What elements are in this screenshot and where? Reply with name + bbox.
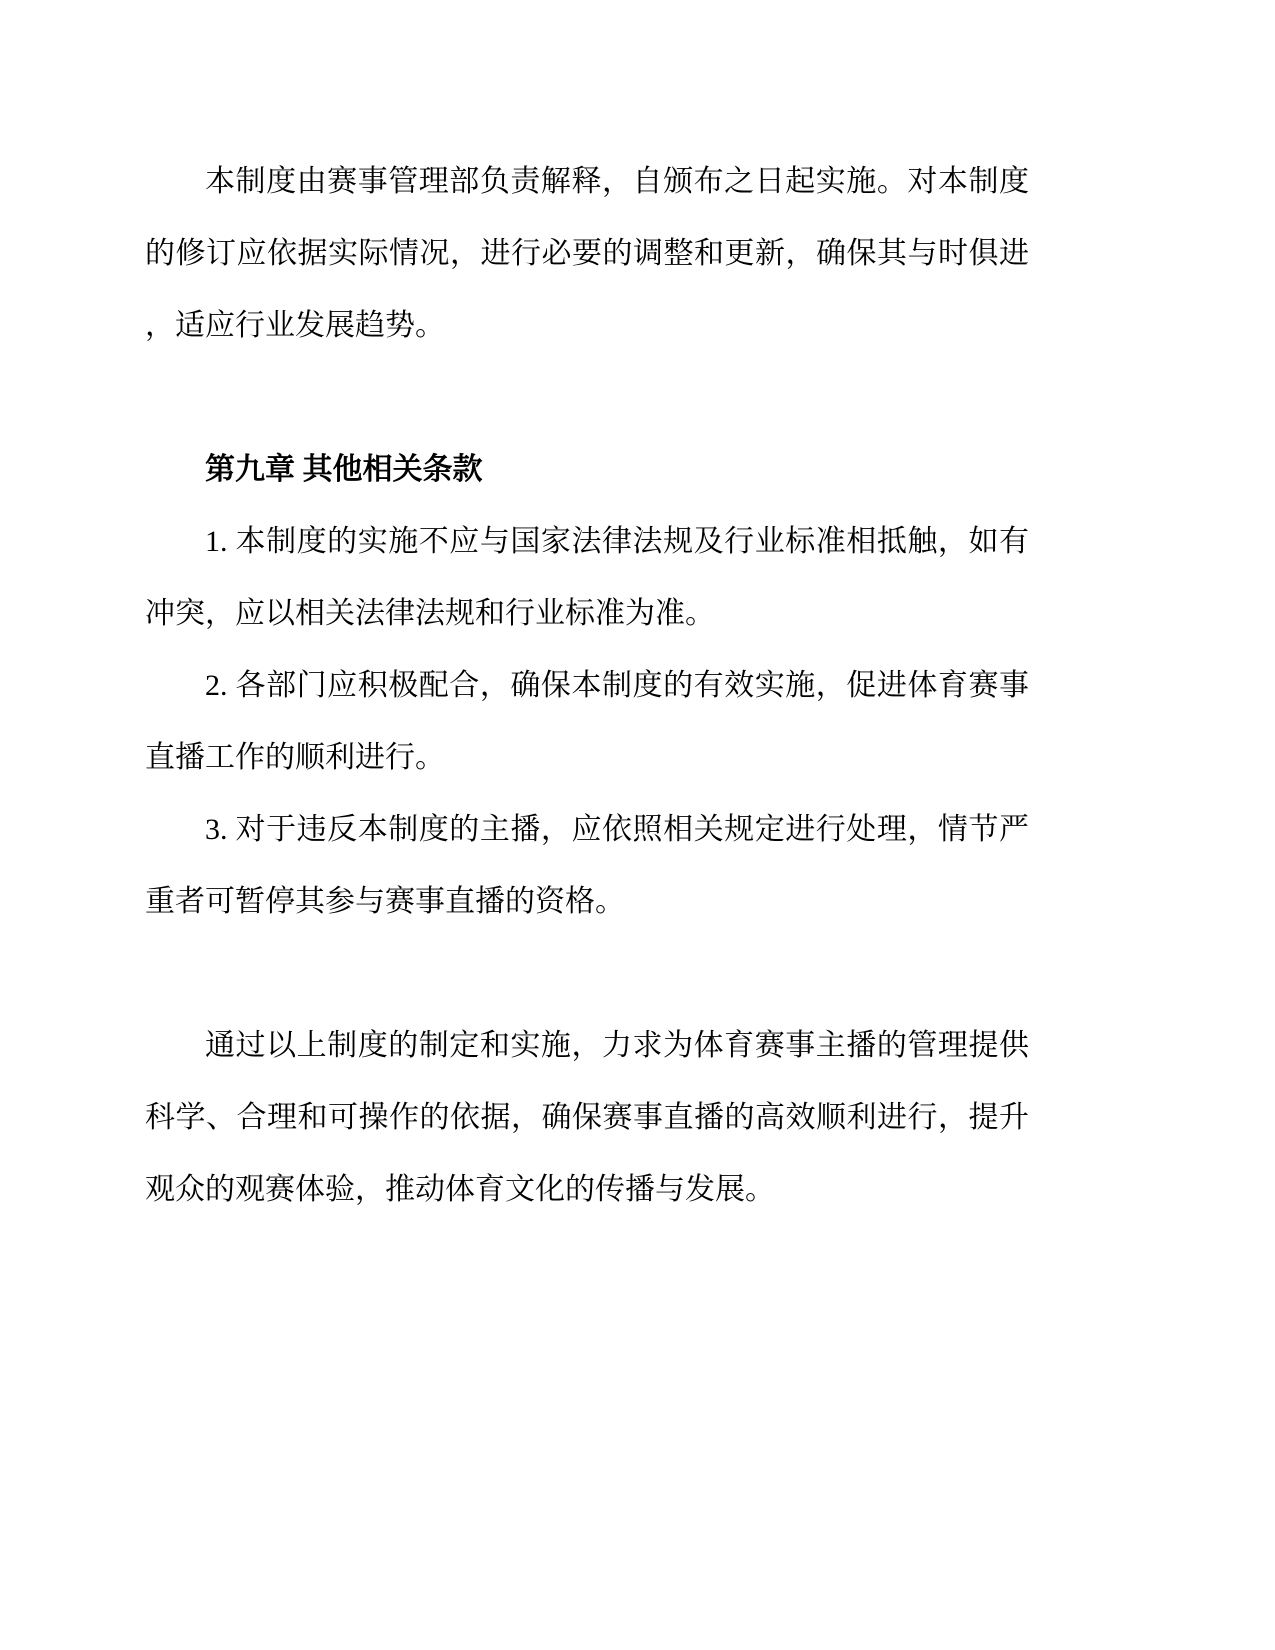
clause-3: 3. 对于违反本制度的主播，应依照相关规定进行处理，情节严重者可暂停其参与赛事直… bbox=[145, 794, 1029, 938]
clause-1: 1. 本制度的实施不应与国家法律法规及行业标准相抵触，如有冲突，应以相关法律法规… bbox=[145, 506, 1029, 650]
blank-line bbox=[145, 362, 1029, 434]
clause-2: 2. 各部门应积极配合，确保本制度的有效实施，促进体育赛事直播工作的顺利进行。 bbox=[145, 650, 1029, 794]
closing-paragraph: 通过以上制度的制定和实施，力求为体育赛事主播的管理提供科学、合理和可操作的依据，… bbox=[145, 1010, 1029, 1226]
document-page: 本制度由赛事管理部负责解释，自颁布之日起实施。对本制度的修订应依据实际情况，进行… bbox=[0, 0, 1275, 1650]
blank-line bbox=[145, 938, 1029, 1010]
document-body: 本制度由赛事管理部负责解释，自颁布之日起实施。对本制度的修订应依据实际情况，进行… bbox=[145, 146, 1029, 1226]
paragraph-interpretation-note: 本制度由赛事管理部负责解释，自颁布之日起实施。对本制度的修订应依据实际情况，进行… bbox=[145, 146, 1029, 362]
chapter-heading: 第九章 其他相关条款 bbox=[145, 434, 1029, 506]
